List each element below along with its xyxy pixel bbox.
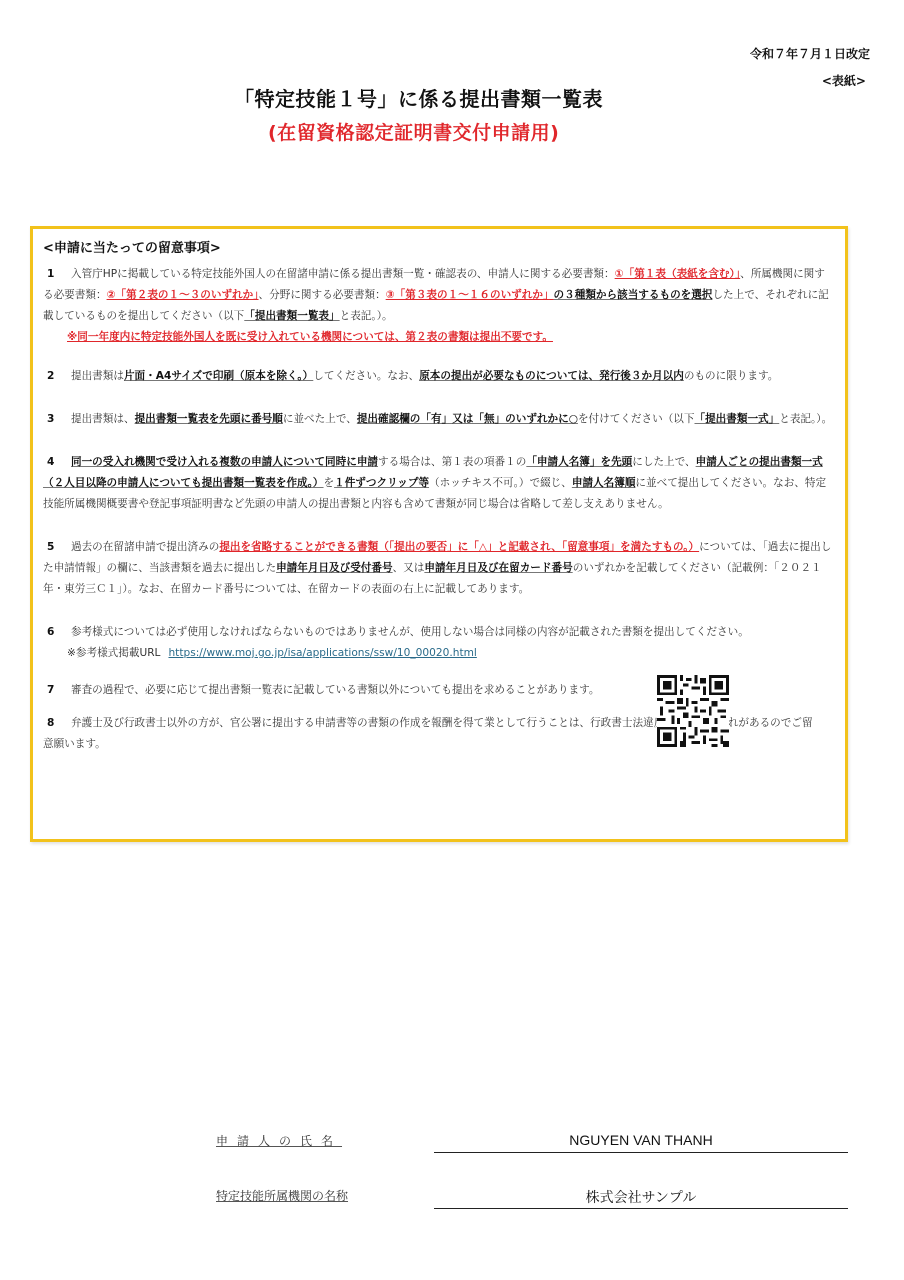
emphasis-bold: 申請年月日及び受付番号 [276,562,393,574]
emphasis-bold: 片面・A4サイズで印刷（原本を除く。） [124,370,313,382]
item-text: 入管庁HPに掲載している特定技能外国人の在留諸申請に係る提出書類一覧・確認表の、… [71,268,615,280]
note-red-text: ※同一年度内に特定技能外国人を既に受け入れている機関については、第２表の書類は提… [67,331,553,343]
item-text: と表記。）。 [340,310,393,322]
notice-item-3: 3提出書類は、提出書類一覧表を先頭に番号順に並べた上で、提出確認欄の「有」又は「… [43,409,833,430]
item-text: 過去の在留諸申請で提出済みの [71,541,219,553]
organization-name-underline [434,1208,848,1209]
item-number: 6 [43,622,71,643]
emphasis-bold: 「提出書類一式」 [694,413,779,425]
organization-name-value[interactable]: 株式会社サンプル [434,1187,848,1207]
notice-item-1: 1入管庁HPに掲載している特定技能外国人の在留諸申請に係る提出書類一覧・確認表の… [43,264,833,348]
emphasis-bold: １件ずつクリップ等 [334,477,429,489]
applicant-name-row: 申請人の氏名 NGUYEN VAN THANH [216,1132,848,1158]
item-text: を付けてください（以下 [578,413,695,425]
notice-item-2: 2提出書類は片面・A4サイズで印刷（原本を除く。）してください。なお、原本の提出… [43,366,833,387]
applicant-name-underline [434,1152,848,1153]
emphasis-bold: の３種類から該当するものを選択 [554,289,713,301]
emphasis-red: 提出を省略することができる書類（「提出の要否」に「△」と記載され、「留意事項」を… [219,541,699,553]
reference-url-link[interactable]: https://www.moj.go.jp/isa/applications/s… [168,647,476,659]
emphasis-bold: 提出書類一覧表を先頭に番号順 [135,413,283,425]
qr-code-icon[interactable] [657,675,729,747]
item-text: にした上で、 [632,456,695,468]
item-number: 3 [43,409,71,430]
item-text: 提出書類は [71,370,124,382]
reference-url-line: ※参考様式掲載URLhttps://www.moj.go.jp/isa/appl… [43,643,833,664]
note-red: ※同一年度内に特定技能外国人を既に受け入れている機関については、第２表の書類は提… [43,327,833,348]
item-number: 5 [43,537,71,558]
item-number: 4 [43,452,71,473]
url-label: ※参考様式掲載URL [67,647,160,659]
item-text: のものに限ります。 [684,370,779,382]
page-title: 「特定技能１号」に係る提出書類一覧表 [0,83,904,112]
notice-box: <申請に当たっての留意事項> 1入管庁HPに掲載している特定技能外国人の在留諸申… [30,226,848,842]
emphasis-bold: 申請人名簿順 [572,477,636,489]
emphasis-red: ②「第２表の１～３のいずれか」 [107,289,259,301]
applicant-name-value[interactable]: NGUYEN VAN THANH [434,1132,848,1148]
item-text: と表記。）。 [779,413,832,425]
emphasis-bold: 提出確認欄の「有」又は「無」のいずれかに○ [357,413,578,425]
emphasis-bold: 原本の提出が必要なものについては、発行後３か月以内 [419,370,684,382]
item-text: 審査の過程で、必要に応じて提出書類一覧表に記載している書類以外についても提出を求… [71,684,599,696]
emphasis-bold: 申請人ごとの提出書類一式 [696,456,823,468]
organization-name-row: 特定技能所属機関の名称 株式会社サンプル [216,1187,848,1213]
item-number: 7 [43,680,71,701]
emphasis-bold: （２人目以降の申請人についても提出書類一覧表を作成。） [43,477,324,489]
item-number: 1 [43,264,71,285]
notice-item-5: 5過去の在留諸申請で提出済みの提出を省略することができる書類（「提出の要否」に「… [43,537,833,600]
item-number: 8 [43,713,71,734]
emphasis-red: ①「第１表（表紙を含む）」 [615,268,741,280]
emphasis-bold: 「提出書類一覧表」 [244,310,339,322]
item-text: 、又は [393,562,425,574]
notice-item-4: 4同一の受入れ機関で受け入れる複数の申請人について同時に申請する場合は、第１表の… [43,452,833,515]
item-text: 、分野に関する必要書類： [259,289,386,301]
item-text: 提出書類は、 [71,413,135,425]
item-number: 2 [43,366,71,387]
item-text: （ホッチキス不可。）で綴じ、 [429,477,572,489]
emphasis-bold: 申請年月日及び在留カード番号 [424,562,572,574]
page-subtitle: (在留資格認定証明書交付申請用) [268,118,559,145]
applicant-name-label: 申請人の氏名 [216,1132,342,1149]
revision-date: 令和７年７月１日改定 [750,45,870,62]
item-text: 参考様式については必ず使用しなければならないものではありませんが、使用しない場合… [71,626,749,638]
notice-item-6: 6参考様式については必ず使用しなければならないものではありませんが、使用しない場… [43,622,833,664]
item-text: に並べた上で、 [283,413,357,425]
item-text: してください。なお、 [313,370,419,382]
emphasis-bold: 同一の受入れ機関で受け入れる複数の申請人について同時に申請 [71,456,378,468]
notice-heading: <申請に当たっての留意事項> [43,237,833,256]
item-text: を [324,477,335,489]
organization-name-label: 特定技能所属機関の名称 [216,1187,348,1204]
emphasis-bold: 「申請人名簿」を先頭 [526,456,632,468]
item-text: する場合は、第１表の項番１の [378,456,526,468]
emphasis-red: ③「第３表の１～１６のいずれか」 [386,289,554,301]
